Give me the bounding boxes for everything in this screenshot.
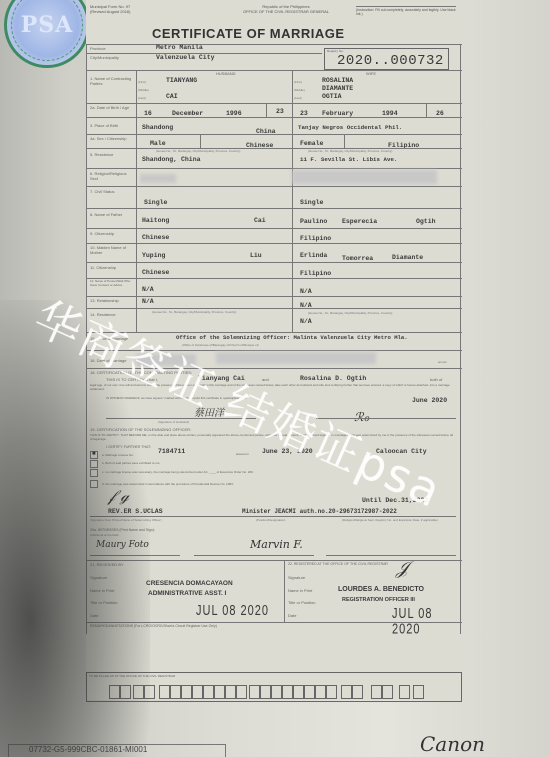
husband-birth-month: December (172, 110, 203, 117)
wife-birth-year: 1994 (382, 110, 398, 117)
field-label-mother: 10. Maiden Name of Mother (90, 245, 134, 255)
wife-father-citizenship: Filipino (300, 235, 331, 242)
wife-birth-day: 23 (300, 110, 308, 117)
officer-name: REV.ER S.UCLAS (108, 508, 163, 515)
officer-position: Minister JEACMI auth.no.20-29673172987-2… (242, 508, 397, 515)
province-value: Metro Manila (156, 44, 203, 51)
wife-column-header: WIFE (366, 71, 376, 76)
option-d-checkbox[interactable] (90, 480, 98, 488)
wife-father-last: Ogtih (416, 218, 436, 225)
registered-title: REGISTRATION OFFICER III (342, 597, 415, 603)
option-b-checkbox[interactable] (90, 460, 98, 468)
wife-mother-first: Erlinda (300, 252, 327, 259)
received-by-date: JUL 08 2020 (196, 601, 269, 619)
wife-first-name: ROSALINA (322, 77, 353, 84)
registry-number-box: Registry No. 2020..000732 (324, 48, 449, 70)
field-label-sex: 4a. Sex / Citizenship (90, 136, 134, 141)
religion-redaction-husband (140, 174, 176, 183)
field-label-religion: 6. Religion/Religious Sect (90, 171, 134, 181)
option-a-checkbox[interactable] (90, 451, 98, 459)
wife-sex: Female (300, 140, 323, 147)
registered-date: JUL 08 2020 (392, 610, 462, 636)
field-label-father-citizenship: 9. Citizenship (90, 231, 134, 236)
field-label-consent: 12. Name of Person/Wali Who Gave Consent… (90, 280, 134, 287)
wife-birth-place: Tanjay Negros Occidental Phil. (298, 124, 402, 131)
form-number: Municipal Form No. 97 (Revised August 20… (90, 4, 130, 14)
received-by-title: ADMINISTRATIVE ASST. I (148, 590, 226, 597)
wife-mother-last: Diamante (392, 254, 423, 261)
husband-father-last: Cai (254, 217, 266, 224)
husband-birth-day: 16 (144, 110, 152, 117)
husband-father-first: Haitong (142, 217, 169, 224)
psa-seal: PSA (4, 0, 90, 68)
field-label-civil-status: 7. Civil Status (90, 189, 134, 194)
time-redaction (216, 352, 376, 364)
field-label-mother-citizenship: 11. Citizenship (90, 265, 134, 270)
wife-birth-month: February (322, 110, 353, 117)
wife-last-name: OGTIA (322, 93, 342, 100)
registry-number: 2020..000732 (337, 53, 444, 69)
husband-first-name: TIANYANG (166, 77, 197, 84)
remarks-label: REMARKS/ANNOTATIONS (For LCRO/OCRG/Shari… (90, 624, 217, 629)
field-label-pob: 3. Place of Birth (90, 123, 134, 128)
civil-registrar-use-box: TO BE FILLED-UP AT THE OFFICE OF THE CIV… (86, 672, 462, 702)
registered-label: 22. REGISTERED AT THE OFFICE OF THE CIVI… (288, 562, 388, 567)
field-label-names: 1. Name of Contracting Parties (90, 76, 134, 86)
husband-sex: Male (150, 140, 166, 147)
husband-father-citizenship: Chinese (142, 234, 169, 241)
civil-registrar-box-label: TO BE FILLED-UP AT THE OFFICE OF THE CIV… (89, 674, 175, 679)
husband-mother-first: Yuping (142, 252, 165, 259)
husband-mother-last: Liu (250, 252, 262, 259)
field-label-residence: 5. Residence (90, 152, 134, 157)
husband-birth-city: Shandong (142, 124, 173, 131)
wife-mother-citizenship: Filipino (300, 270, 331, 277)
registrar-signature: 𝒥 (396, 558, 408, 579)
document-title: CERTIFICATE OF MARRIAGE (152, 26, 345, 41)
wife-civil-status: Single (300, 199, 323, 206)
witness-signature-1: Maury Foto (96, 540, 149, 550)
husband-residence: Shandong, China (142, 156, 201, 163)
husband-age: 23 (276, 108, 284, 115)
wife-father-first: Paulino (300, 218, 327, 225)
officer-signature: 𝒻 ℊ (108, 486, 129, 506)
wife-residence: 11 F. Sevilla St. Libis Ave. (300, 156, 397, 163)
witness-signature-2: Marvin F. (250, 538, 303, 551)
cert-wife-name: Rosalina D. Ogtih (300, 375, 366, 382)
husband-column-header: HUSBAND (216, 71, 236, 76)
husband-mother-citizenship: Chinese (142, 269, 169, 276)
received-by-label: 21. RECEIVED BY (90, 562, 124, 567)
instructions: (Instruction: Fill out completely, accur… (356, 6, 456, 16)
place-of-marriage: Office of the Solemnizing Officer: Malin… (176, 334, 408, 341)
husband-consent-person: N/A (142, 286, 154, 293)
husband-last-name: CAI (166, 93, 178, 100)
wife-mother-middle: Tomorrea (342, 255, 373, 262)
witness-date: June 2020 (412, 397, 447, 404)
city-value: Valenzuela City (156, 54, 215, 61)
issuing-office: Republic of the Philippines OFFICE OF TH… (206, 4, 366, 14)
wife-age: 26 (436, 110, 444, 117)
religion-redaction-wife (292, 170, 437, 184)
cert-officer-heading: 19. CERTIFICATION OF THE SOLEMNIZING OFF… (90, 427, 191, 432)
marriage-license-no: 7184711 (158, 448, 185, 455)
city-label: City/Municipality (90, 55, 119, 60)
husband-birth-year: 1996 (226, 110, 242, 117)
registered-name: LOURDES A. BENEDICTO (338, 586, 424, 593)
received-by-name: CRESENCIA DOMACAYAON (146, 580, 233, 587)
footer-signature: Canon (420, 732, 485, 756)
wife-middle-name: DIAMANTE (322, 85, 353, 92)
field-label-dob: 2a. Date of Birth / Age (90, 105, 134, 110)
wife-father-middle: Esperecia (342, 218, 377, 225)
seal-ring (11, 0, 83, 61)
security-paper-code: 07732-G5-999CBC-01861-MI001 (8, 744, 226, 757)
husband-relationship: N/A (142, 298, 154, 305)
wife-consent-person: N/A (300, 288, 312, 295)
province-label: Province (90, 46, 106, 51)
wife-consent-residence: N/A (300, 318, 312, 325)
option-c-checkbox[interactable] (90, 469, 98, 477)
field-label-father: 8. Name of Father (90, 212, 134, 217)
husband-civil-status: Single (144, 199, 167, 206)
